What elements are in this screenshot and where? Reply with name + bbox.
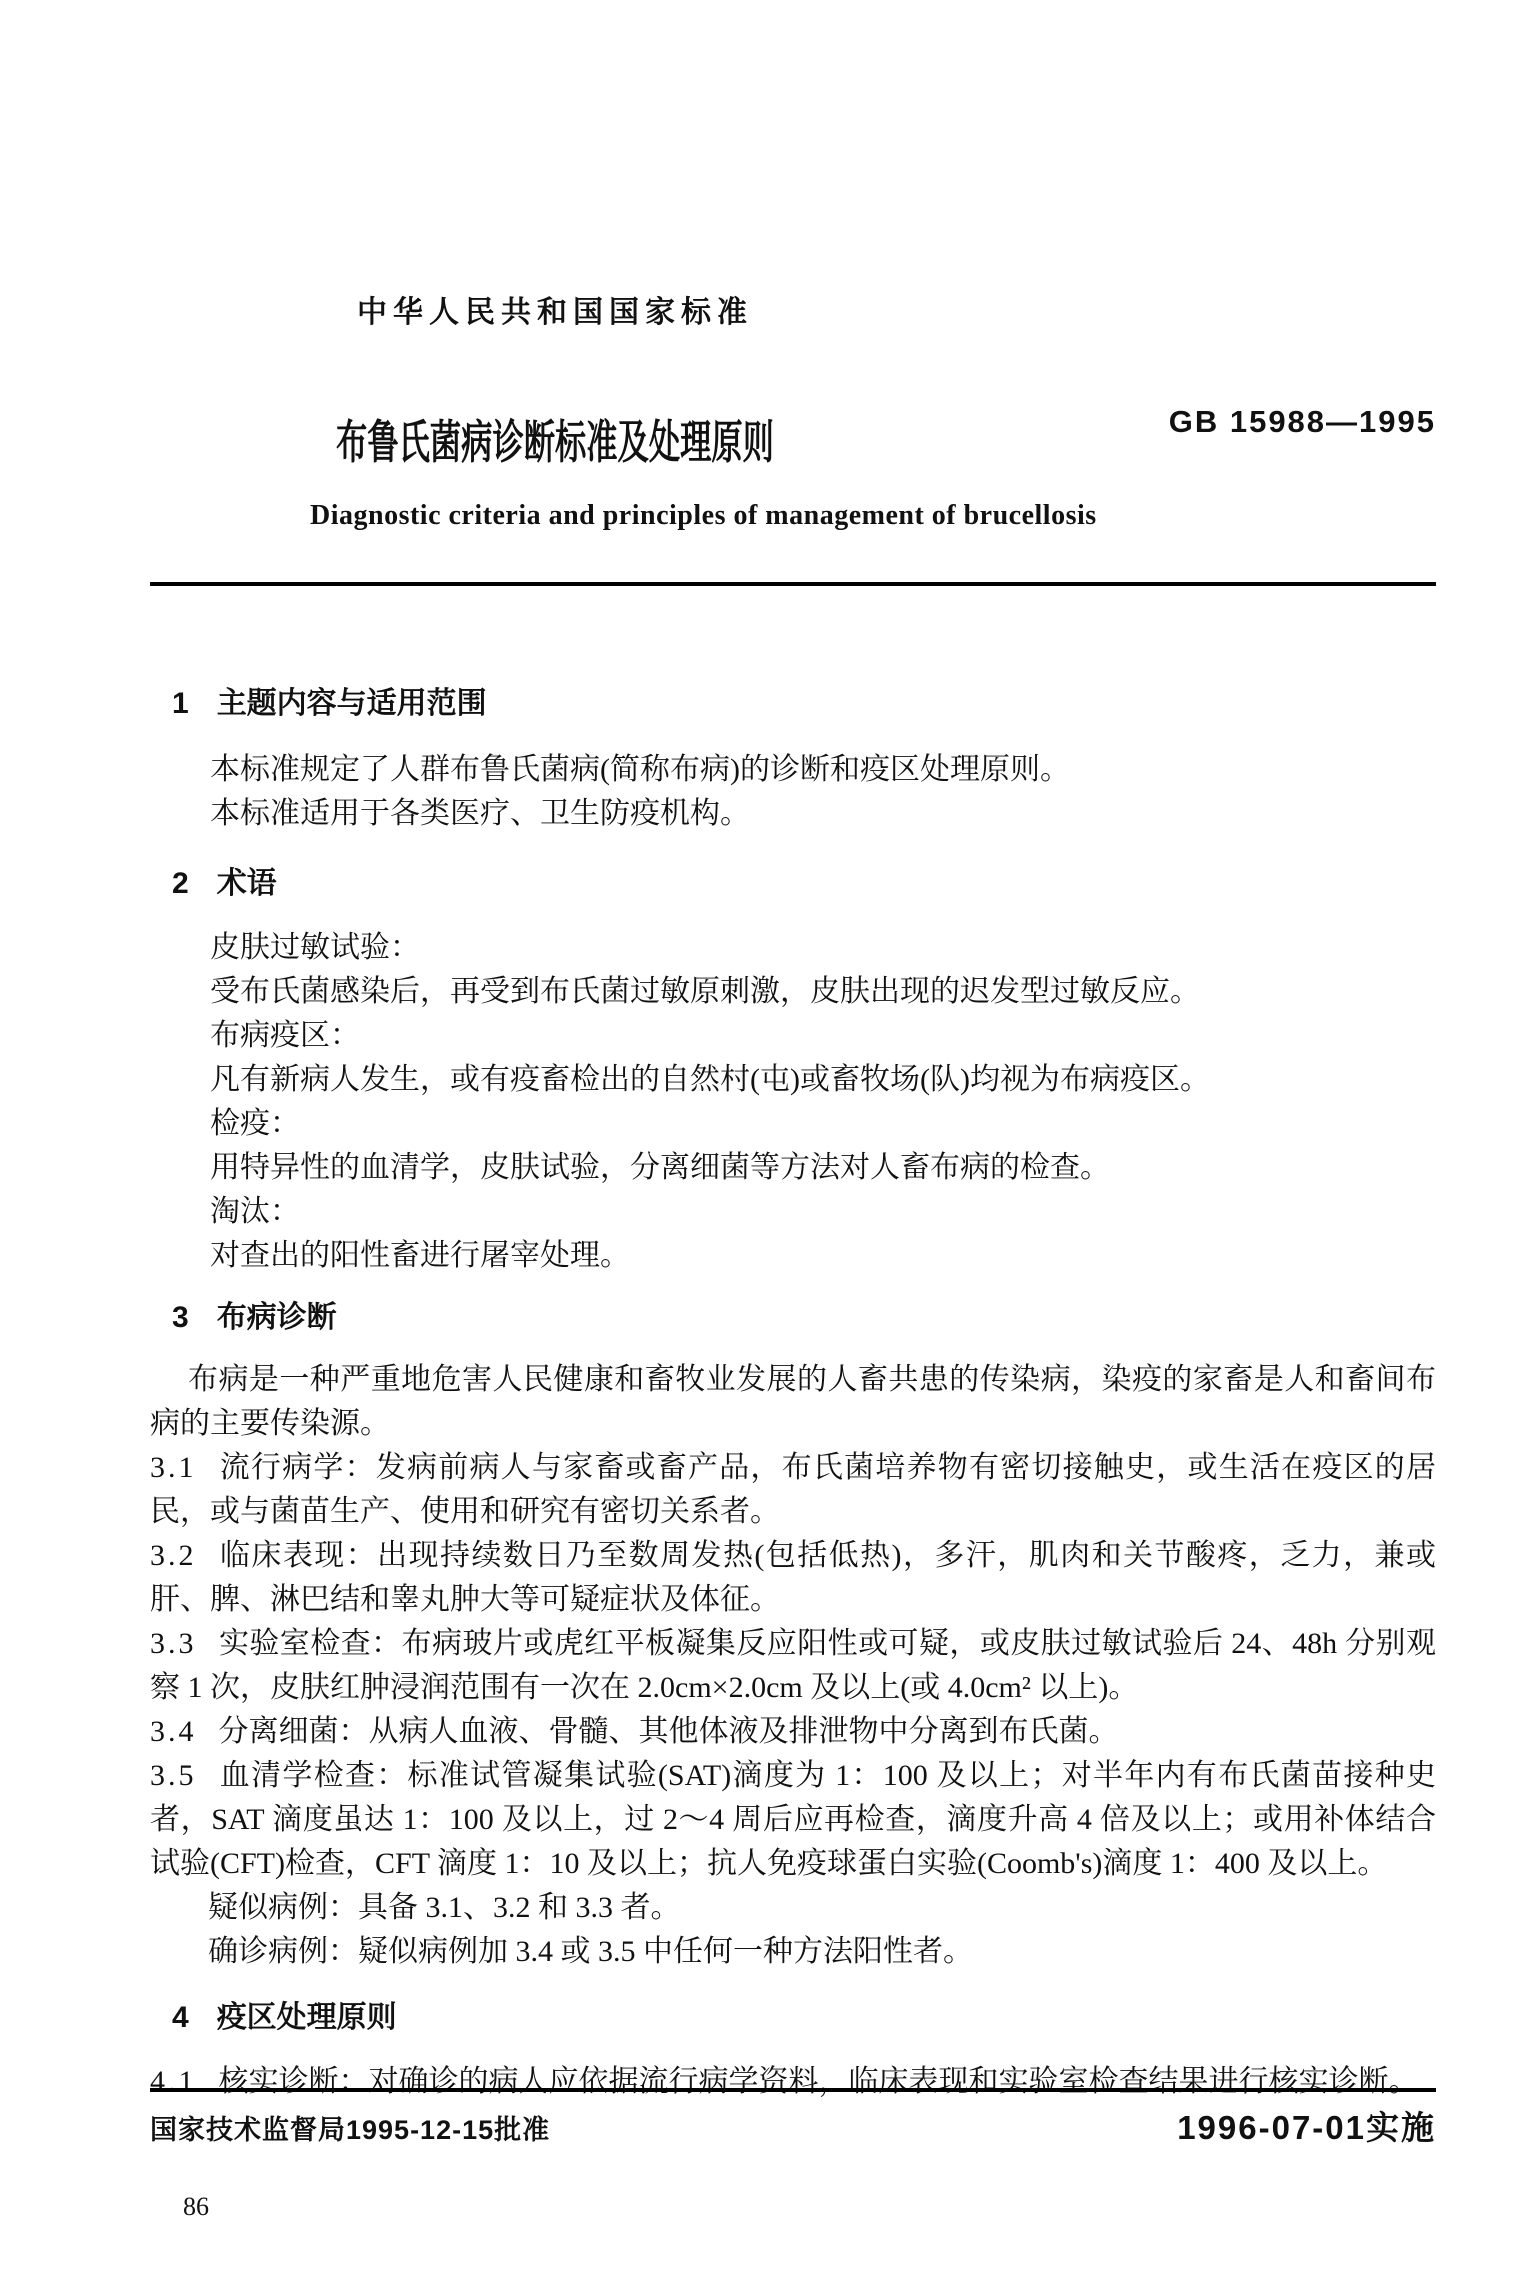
clause-number: 3.4: [150, 1715, 197, 1748]
footer-divider: [150, 2088, 1436, 2092]
standard-type-title: 中华人民共和国国家标准: [150, 296, 960, 330]
clause-number: 4.1: [150, 2065, 197, 2098]
section-1-body: 本标准规定了人群布鲁氏菌病(简称布病)的诊断和疫区处理原则。 本标准适用于各类医…: [150, 748, 1436, 836]
section-3-number: 3: [172, 1300, 189, 1336]
clause-number: 3.1: [150, 1451, 197, 1484]
clause-text: 核实诊断：对确诊的病人应依据流行病学资料，临床表现和实验室检查结果进行核实诊断。: [219, 2065, 1419, 2098]
document-title-en: Diagnostic criteria and principles of ma…: [310, 500, 1436, 532]
section-1-heading: 1 主题内容与适用范围: [172, 686, 1436, 722]
term-name: 淘汰：: [210, 1190, 1436, 1234]
paragraph: 本标准适用于各类医疗、卫生防疫机构。: [210, 792, 1436, 836]
section-3-intro: 布病是一种严重地危害人民健康和畜牧业发展的人畜共患的传染病，染疫的家畜是人和畜间…: [150, 1358, 1436, 1446]
clause-3-2: 3.2临床表现：出现持续数日乃至数周发热(包括低热)，多汗，肌肉和关节酸疼，乏力…: [150, 1534, 1436, 1622]
term-definition: 凡有新病人发生，或有疫畜检出的自然村(屯)或畜牧场(队)均视为布病疫区。: [210, 1058, 1436, 1102]
section-2-title: 术语: [217, 866, 277, 902]
section-2-terms: 2 术语 皮肤过敏试验： 受布氏菌感染后，再受到布氏菌过敏原刺激，皮肤出现的迟发…: [150, 866, 1436, 1278]
clause-text: 血清学检查：标准试管凝集试验(SAT)滴度为 1：100 及以上；对半年内有布氏…: [150, 1759, 1436, 1880]
clause-3-5: 3.5血清学检查：标准试管凝集试验(SAT)滴度为 1：100 及以上；对半年内…: [150, 1754, 1436, 1886]
page-number: 86: [183, 2192, 209, 2222]
clause-3-1: 3.1流行病学：发病前病人与家畜或畜产品，布氏菌培养物有密切接触史，或生活在疫区…: [150, 1446, 1436, 1534]
clause-3-3: 3.3实验室检查：布病玻片或虎红平板凝集反应阳性或可疑，或皮肤过敏试验后 24、…: [150, 1622, 1436, 1710]
standard-document-page: 中华人民共和国国家标准 布鲁氏菌病诊断标准及处理原则 GB 15988—1995…: [0, 0, 1536, 2285]
page-content: 中华人民共和国国家标准 布鲁氏菌病诊断标准及处理原则 GB 15988—1995…: [150, 296, 1436, 2104]
header-divider: [150, 582, 1436, 586]
suspected-case-definition: 疑似病例：具备 3.1、3.2 和 3.3 者。: [208, 1886, 1436, 1930]
clause-number: 3.3: [150, 1627, 197, 1660]
section-1-scope: 1 主题内容与适用范围 本标准规定了人群布鲁氏菌病(简称布病)的诊断和疫区处理原…: [150, 686, 1436, 836]
section-4-number: 4: [172, 2000, 189, 2036]
approval-info: 国家技术监督局1995-12-15批准: [150, 2108, 550, 2147]
clause-text: 分离细菌：从病人血液、骨髓、其他体液及排泄物中分离到布氏菌。: [219, 1715, 1119, 1748]
footer: 国家技术监督局1995-12-15批准 1996-07-01实施: [150, 2102, 1436, 2149]
section-3-heading: 3 布病诊断: [172, 1300, 1436, 1336]
term-definition: 用特异性的血清学，皮肤试验，分离细菌等方法对人畜布病的检查。: [210, 1146, 1436, 1190]
clause-text: 流行病学：发病前病人与家畜或畜产品，布氏菌培养物有密切接触史，或生活在疫区的居民…: [150, 1451, 1436, 1528]
clause-number: 3.2: [150, 1539, 197, 1572]
term-name: 检疫：: [210, 1102, 1436, 1146]
clause-number: 3.5: [150, 1759, 197, 1792]
term-definition: 受布氏菌感染后，再受到布氏菌过敏原刺激，皮肤出现的迟发型过敏反应。: [210, 970, 1436, 1014]
clause-4-1: 4.1核实诊断：对确诊的病人应依据流行病学资料，临床表现和实验室检查结果进行核实…: [150, 2060, 1436, 2104]
document-title-cn: 布鲁氏菌病诊断标准及处理原则: [336, 416, 774, 468]
term-definition: 对查出的阳性畜进行屠宰处理。: [210, 1234, 1436, 1278]
clause-text: 临床表现：出现持续数日乃至数周发热(包括低热)，多汗，肌肉和关节酸疼，乏力，兼或…: [150, 1539, 1436, 1616]
standard-number: GB 15988—1995: [1169, 404, 1436, 440]
implementation-date: 1996-07-01实施: [1177, 2102, 1436, 2149]
confirmed-case-definition: 确诊病例：疑似病例加 3.4 或 3.5 中任何一种方法阳性者。: [208, 1930, 1436, 1974]
section-4-title: 疫区处理原则: [217, 2000, 397, 2036]
section-3-diagnosis: 3 布病诊断 布病是一种严重地危害人民健康和畜牧业发展的人畜共患的传染病，染疫的…: [150, 1300, 1436, 1974]
section-2-body: 皮肤过敏试验： 受布氏菌感染后，再受到布氏菌过敏原刺激，皮肤出现的迟发型过敏反应…: [150, 926, 1436, 1278]
section-3-title: 布病诊断: [217, 1300, 337, 1336]
clause-3-4: 3.4分离细菌：从病人血液、骨髓、其他体液及排泄物中分离到布氏菌。: [150, 1710, 1436, 1754]
section-2-heading: 2 术语: [172, 866, 1436, 902]
section-4-heading: 4 疫区处理原则: [172, 2000, 1436, 2036]
section-2-number: 2: [172, 866, 189, 902]
document-title-wrap: 布鲁氏菌病诊断标准及处理原则: [150, 416, 960, 480]
section-3-body: 布病是一种严重地危害人民健康和畜牧业发展的人畜共患的传染病，染疫的家畜是人和畜间…: [150, 1358, 1436, 1974]
clause-text: 实验室检查：布病玻片或虎红平板凝集反应阳性或可疑，或皮肤过敏试验后 24、48h…: [150, 1627, 1436, 1704]
paragraph: 本标准规定了人群布鲁氏菌病(简称布病)的诊断和疫区处理原则。: [210, 748, 1436, 792]
section-1-title: 主题内容与适用范围: [217, 686, 487, 722]
term-name: 布病疫区：: [210, 1014, 1436, 1058]
section-1-number: 1: [172, 686, 189, 722]
section-4-body: 4.1核实诊断：对确诊的病人应依据流行病学资料，临床表现和实验室检查结果进行核实…: [150, 2060, 1436, 2104]
title-row: 布鲁氏菌病诊断标准及处理原则 GB 15988—1995: [150, 416, 1436, 480]
term-name: 皮肤过敏试验：: [210, 926, 1436, 970]
